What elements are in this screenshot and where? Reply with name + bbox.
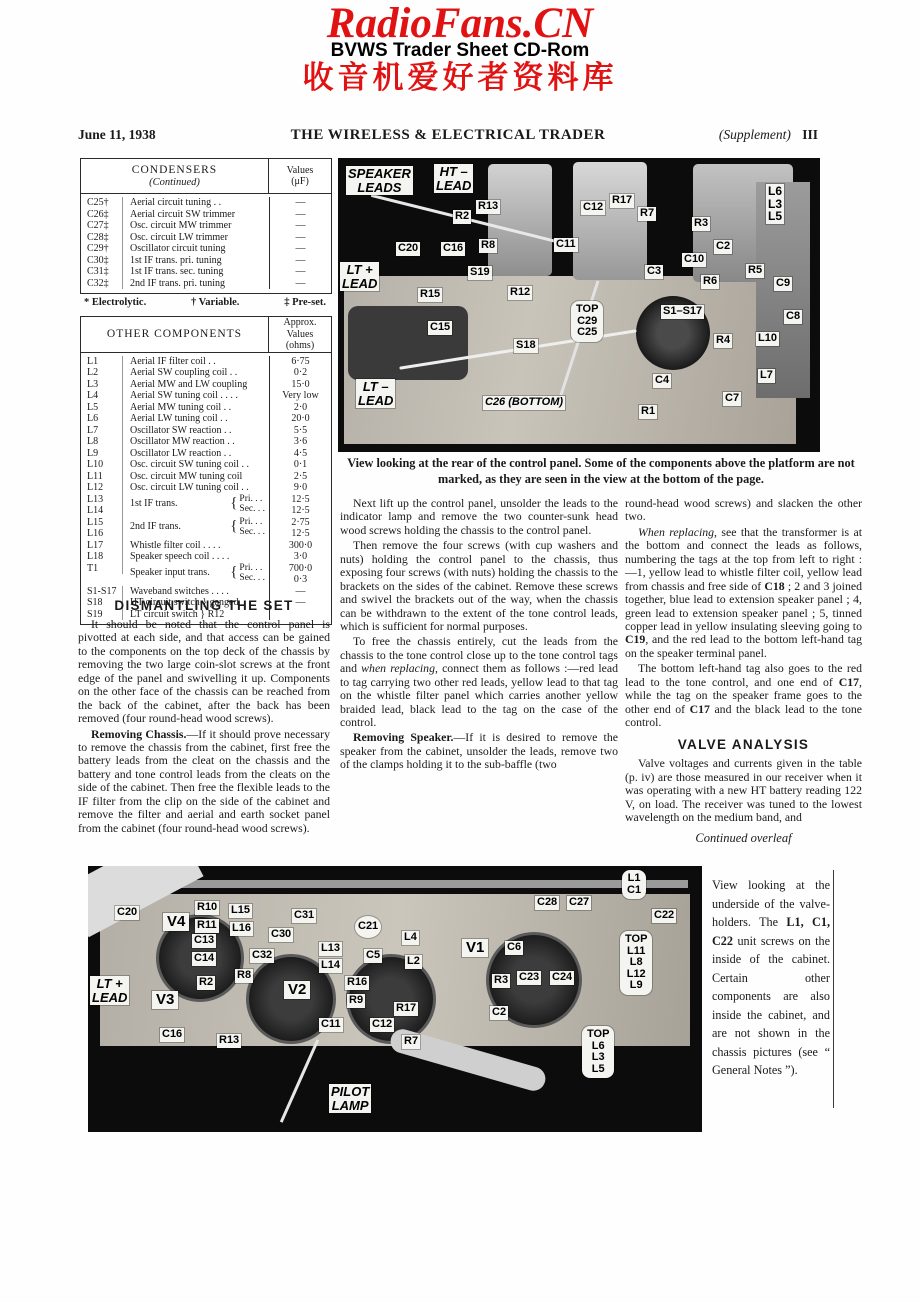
page-number-block: (Supplement) III — [668, 127, 818, 143]
condensers-table-body: C25†Aerial circuit tuning . .—C26‡Aerial… — [81, 194, 331, 293]
row-ref: L13 L14 — [81, 494, 123, 517]
photo-label-r5: R5 — [746, 264, 764, 278]
condensers-table: CONDENSERS (Continued) Values (μF) C25†A… — [80, 158, 332, 294]
watermark: RadioFans.CN BVWS Trader Sheet CD-Rom 收音… — [0, 2, 920, 95]
photo-label-r8: R8 — [479, 239, 497, 253]
watermark-subtitle: BVWS Trader Sheet CD-Rom — [0, 41, 920, 60]
paragraph: Then remove the four screws (with cup wa… — [340, 539, 618, 633]
photo-label-c20: C20 — [396, 242, 420, 256]
row-description: Osc. circuit LW tuning coil . . — [123, 482, 269, 494]
row-value: 20·0 — [269, 413, 331, 425]
row-description: Oscillator circuit tuning — [123, 243, 269, 255]
row-description: Aerial circuit SW trimmer — [123, 209, 269, 221]
row-value: 4·5 — [269, 448, 331, 460]
photo-label-r17: R17 — [610, 194, 634, 208]
photo-label-top-l6-l3-l5: TOP L6 L3 L5 — [582, 1026, 614, 1078]
photo-label-r16: R16 — [345, 976, 369, 990]
photo-label-c30: C30 — [269, 928, 293, 942]
paragraph: Removing Chassis.—If it should prove nec… — [78, 728, 330, 836]
photo-label-c27: C27 — [567, 896, 591, 910]
table-row: L6Aerial LW tuning coil . .20·0 — [81, 413, 331, 425]
column-left: DISMANTLING THE SET It should be noted t… — [78, 598, 330, 837]
components-table: OTHER COMPONENTS Approx. Values (ohms) L… — [80, 316, 332, 625]
components-values-header: Approx. Values (ohms) — [268, 317, 331, 352]
photo-label-r6: R6 — [701, 275, 719, 289]
table-row: L12Osc. circuit LW tuning coil . .9·0 — [81, 482, 331, 494]
photo-label-r10: R10 — [195, 901, 219, 915]
watermark-chinese: 收音机爱好者资料库 — [0, 62, 920, 95]
photo-label-r1: R1 — [639, 405, 657, 419]
row-value: 700·0 0·3 — [269, 563, 331, 586]
photo-artifact — [348, 306, 468, 380]
photo-label-l13: L13 — [319, 942, 342, 956]
photo-label-c22: C22 — [652, 909, 676, 923]
row-ref: L10 — [81, 459, 123, 471]
paragraph: Next lift up the control panel, unsolder… — [340, 497, 618, 537]
table-row: L10Osc. circuit SW tuning coil . .0·1 — [81, 459, 331, 471]
table-row: C30‡1st IF trans. pri. tuning— — [81, 255, 331, 267]
row-description: Osc. circuit SW tuning coil . . — [123, 459, 269, 471]
table-row: C31‡1st IF trans. sec. tuning— — [81, 266, 331, 278]
row-ref: L18 — [81, 551, 123, 563]
row-ref: L6 — [81, 413, 123, 425]
row-description: Aerial MW and LW coupling — [123, 379, 269, 391]
photo-label-c7: C7 — [723, 392, 741, 406]
condensers-table-subtitle: (Continued) — [83, 177, 266, 189]
row-ref: L9 — [81, 448, 123, 460]
photo-label-r3: R3 — [492, 974, 510, 988]
condensers-table-title: CONDENSERS — [83, 164, 266, 177]
row-ref: L17 — [81, 540, 123, 552]
table-row: L17Whistle filter coil . . . .300·0 — [81, 540, 331, 552]
photo-label-l2: L2 — [405, 955, 422, 969]
photo-label-l7: L7 — [758, 369, 775, 383]
photo-label-v4: V4 — [163, 913, 189, 931]
row-ref: C27‡ — [81, 220, 123, 232]
row-ref: L7 — [81, 425, 123, 437]
row-description: Osc. circuit LW trimmer — [123, 232, 269, 244]
row-value: 2·0 — [269, 402, 331, 414]
row-description: Oscillator SW reaction . . — [123, 425, 269, 437]
table-row: C29†Oscillator circuit tuning— — [81, 243, 331, 255]
components-table-title: OTHER COMPONENTS — [83, 322, 266, 347]
photo-label-r15: R15 — [418, 288, 442, 302]
row-description: Speaker speech coil . . . . — [123, 551, 269, 563]
photo-label-s1-s17: S1–S17 — [661, 305, 704, 319]
table-row: C25†Aerial circuit tuning . .— — [81, 197, 331, 209]
row-ref: L5 — [81, 402, 123, 414]
row-description: 1st IF trans. pri. tuning — [123, 255, 269, 267]
row-ref: L3 — [81, 379, 123, 391]
row-ref: C29† — [81, 243, 123, 255]
photo-label-r13: R13 — [217, 1034, 241, 1048]
photo-label-s19: S19 — [468, 266, 492, 280]
issue-date: June 11, 1938 — [78, 127, 228, 143]
row-description: Speaker input trans.{Pri. . . Sec. . . — [123, 563, 269, 584]
photo-label-c23: C23 — [517, 971, 541, 985]
photo-artifact — [573, 162, 647, 280]
photo-label-c28: C28 — [535, 896, 559, 910]
table-row: L1Aerial IF filter coil . .6·75 — [81, 356, 331, 368]
photo-label-c4: C4 — [653, 374, 671, 388]
row-value: — — [269, 243, 331, 255]
photo-label-s18: S18 — [514, 339, 538, 353]
row-value: — — [269, 220, 331, 232]
continued-note: Continued overleaf — [625, 831, 862, 846]
photo-label-c31: C31 — [292, 909, 316, 923]
row-ref: C32‡ — [81, 278, 123, 290]
row-ref: L4 — [81, 390, 123, 402]
photo-label-l15: L15 — [229, 904, 252, 918]
photo-label-pilot-lamp: PILOT LAMP — [329, 1084, 371, 1113]
page-header: June 11, 1938 THE WIRELESS & ELECTRICAL … — [78, 127, 818, 144]
photo-label-l1-c1: L1 C1 — [622, 870, 646, 899]
row-description: Aerial circuit tuning . . — [123, 197, 269, 209]
row-description: Osc. circuit MW tuning coil — [123, 471, 269, 483]
table-row: L3Aerial MW and LW coupling15·0 — [81, 379, 331, 391]
footnote-preset: ‡ Pre-set. — [284, 297, 326, 308]
photo-artifact — [280, 1039, 319, 1122]
photo-label-r9: R9 — [347, 994, 365, 1008]
row-ref: S1-S17 — [81, 586, 123, 598]
row-ref: L12 — [81, 482, 123, 494]
photo-label-l14: L14 — [319, 959, 342, 973]
row-value: 9·0 — [269, 482, 331, 494]
row-value: Very low — [269, 390, 331, 402]
row-description: Aerial SW coupling coil . . — [123, 367, 269, 379]
photo-label-r4: R4 — [714, 334, 732, 348]
row-value: — — [269, 209, 331, 221]
photo-label-ht-lead: HT – LEAD — [434, 164, 473, 193]
row-value: 0·2 — [269, 367, 331, 379]
table-row: L5Aerial MW tuning coil . .2·0 — [81, 402, 331, 414]
photo-label-c11: C11 — [554, 238, 578, 252]
watermark-title: RadioFans.CN — [0, 2, 920, 45]
row-value: — — [269, 255, 331, 267]
table-row: L11Osc. circuit MW tuning coil2·5 — [81, 471, 331, 483]
row-value: — — [269, 232, 331, 244]
table-row: L8Oscillator MW reaction . .3·6 — [81, 436, 331, 448]
photo-label-c14: C14 — [192, 952, 216, 966]
row-ref: L11 — [81, 471, 123, 483]
row-description: Whistle filter coil . . . . — [123, 540, 269, 552]
photo-label-v2: V2 — [284, 981, 310, 999]
photo-label-c12: C12 — [370, 1018, 394, 1032]
photo-label-c15: C15 — [428, 321, 452, 335]
row-value: 300·0 — [269, 540, 331, 552]
photo-label-r17: R17 — [394, 1002, 418, 1016]
paragraph: Removing Speaker.—If it is desired to re… — [340, 731, 618, 771]
row-value: 6·75 — [269, 356, 331, 368]
photo-artifact — [128, 880, 688, 888]
table-row: C26‡Aerial circuit SW trimmer— — [81, 209, 331, 221]
photo-control-panel-rear: SPEAKER LEADSHT – LEADR2R13C12R17R7L6 L3… — [338, 158, 820, 452]
photo-label-c11: C11 — [319, 1018, 343, 1032]
row-ref: C28‡ — [81, 232, 123, 244]
photo-label-c8: C8 — [784, 310, 802, 324]
row-ref: L2 — [81, 367, 123, 379]
photo-label-r7: R7 — [638, 207, 656, 221]
condensers-values-header: Values (μF) — [268, 159, 331, 193]
table-row: L9Oscillator LW reaction . .4·5 — [81, 448, 331, 460]
photo-caption-bottom: View looking at the underside of the val… — [712, 876, 830, 1080]
photo-label-lt-lead: LT + LEAD — [90, 976, 129, 1005]
row-ref: T1 — [81, 563, 123, 575]
table-row: L2Aerial SW coupling coil . .0·2 — [81, 367, 331, 379]
paragraph: Valve voltages and currents given in the… — [625, 757, 862, 824]
section-heading-dismantling: DISMANTLING THE SET — [78, 598, 330, 613]
photo-label-l16: L16 — [230, 922, 253, 936]
components-table-header: OTHER COMPONENTS Approx. Values (ohms) — [81, 317, 331, 353]
row-ref: L15 L16 — [81, 517, 123, 540]
photo-label-c32: C32 — [250, 949, 274, 963]
row-value: — — [269, 278, 331, 290]
photo-label-c2: C2 — [490, 1006, 508, 1020]
row-description: 2nd IF trans. pri. tuning — [123, 278, 269, 290]
row-value: 0·1 — [269, 459, 331, 471]
photo-label-r8: R8 — [235, 969, 253, 983]
footnote-electrolytic: * Electrolytic. — [84, 297, 146, 308]
table-row: T1Speaker input trans.{Pri. . . Sec. . .… — [81, 563, 331, 586]
photo-valveholders-underside: C20V4R10R11L15L16C13C14C31C30L13L14C21C5… — [88, 866, 702, 1132]
photo-label-c16: C16 — [160, 1028, 184, 1042]
photo-label-speaker-leads: SPEAKER LEADS — [346, 166, 413, 195]
row-value: 15·0 — [269, 379, 331, 391]
row-description: Aerial MW tuning coil . . — [123, 402, 269, 414]
publication-title: THE WIRELESS & ELECTRICAL TRADER — [228, 127, 668, 144]
column-rule — [833, 870, 834, 1108]
photo-label-r12: R12 — [508, 286, 532, 300]
row-description: 1st IF trans. sec. tuning — [123, 266, 269, 278]
row-description: Osc. circuit MW trimmer — [123, 220, 269, 232]
row-value: 12·5 12·5 — [269, 494, 331, 517]
photo-label-c10: C10 — [682, 253, 706, 267]
paragraph: To free the chassis entirely, cut the le… — [340, 635, 618, 729]
photo-label-l6-l3-l5: L6 L3 L5 — [766, 184, 784, 224]
photo-label-l4: L4 — [402, 931, 419, 945]
row-ref: L1 — [81, 356, 123, 368]
photo-label-c21: C21 — [355, 916, 381, 938]
row-description: Oscillator LW reaction . . — [123, 448, 269, 460]
photo-caption-top: View looking at the rear of the control … — [337, 456, 865, 488]
magazine-page: { "watermark": { "title": "RadioFans.CN"… — [0, 0, 920, 1302]
paragraph: When replacing, see that the transformer… — [625, 526, 862, 660]
photo-label-r11: R11 — [195, 919, 219, 933]
photo-label-lt-lead: LT – LEAD — [356, 379, 395, 408]
photo-label-c13: C13 — [192, 934, 216, 948]
row-value: — — [269, 197, 331, 209]
row-value: 2·75 12·5 — [269, 517, 331, 540]
photo-label-c16: C16 — [441, 242, 465, 256]
photo-label-lt-lead: LT + LEAD — [340, 262, 379, 291]
table-row: L13 L141st IF trans.{Pri. . . Sec. . .12… — [81, 494, 331, 517]
column-right: round-head wood screws) and slacken the … — [625, 497, 862, 846]
table-row: L7Oscillator SW reaction . .5·5 — [81, 425, 331, 437]
row-value: — — [269, 266, 331, 278]
row-value: 2·5 — [269, 471, 331, 483]
photo-label-c2: C2 — [714, 240, 732, 254]
photo-artifact — [488, 164, 552, 276]
row-description: Aerial SW tuning coil . . . . — [123, 390, 269, 402]
photo-label-r3: R3 — [692, 217, 710, 231]
photo-label-r2: R2 — [453, 210, 471, 224]
row-description: Waveband switches . . . . — [123, 586, 269, 598]
row-ref: C25† — [81, 197, 123, 209]
paragraph: round-head wood screws) and slacken the … — [625, 497, 862, 524]
photo-label-top-c29-c25: TOP C29 C25 — [571, 301, 603, 342]
table-row: C27‡Osc. circuit MW trimmer— — [81, 220, 331, 232]
row-value: — — [269, 586, 331, 598]
table-row: C32‡2nd IF trans. pri. tuning— — [81, 278, 331, 290]
supplement-label: (Supplement) — [719, 127, 791, 142]
photo-label-c20: C20 — [115, 906, 139, 920]
row-description: Aerial IF filter coil . . — [123, 356, 269, 368]
photo-label-c9: C9 — [774, 277, 792, 291]
photo-label-c6: C6 — [505, 941, 523, 955]
photo-label-r13: R13 — [476, 200, 500, 214]
row-description: 2nd IF trans.{Pri. . . Sec. . . — [123, 517, 269, 538]
photo-label-r2: R2 — [197, 976, 215, 990]
photo-label-c12: C12 — [581, 201, 605, 215]
photo-label-c5: C5 — [364, 949, 382, 963]
components-table-body: L1Aerial IF filter coil . .6·75L2Aerial … — [81, 353, 331, 625]
row-value: 3·0 — [269, 551, 331, 563]
row-value: 3·6 — [269, 436, 331, 448]
row-ref: C31‡ — [81, 266, 123, 278]
column-middle: Next lift up the control panel, unsolder… — [340, 497, 618, 774]
row-description: Aerial LW tuning coil . . — [123, 413, 269, 425]
paragraph: The bottom left-hand tag also goes to th… — [625, 662, 862, 729]
photo-label-c24: C24 — [550, 971, 574, 985]
row-description: 1st IF trans.{Pri. . . Sec. . . — [123, 494, 269, 515]
table-row: S1-S17Waveband switches . . . .— — [81, 586, 331, 598]
footnote-variable: † Variable. — [191, 297, 239, 308]
table-row: L15 L162nd IF trans.{Pri. . . Sec. . .2·… — [81, 517, 331, 540]
condensers-table-header: CONDENSERS (Continued) Values (μF) — [81, 159, 331, 194]
photo-label-c3: C3 — [645, 265, 663, 279]
photo-label-v1: V1 — [462, 939, 488, 957]
row-ref: C30‡ — [81, 255, 123, 267]
photo-label-c26-bottom: C26 (BOTTOM) — [483, 396, 565, 410]
section-heading-valve-analysis: VALVE ANALYSIS — [625, 737, 862, 752]
row-ref: L8 — [81, 436, 123, 448]
table-footnote: * Electrolytic. † Variable. ‡ Pre-set. — [84, 297, 326, 308]
photo-label-v3: V3 — [152, 991, 178, 1009]
page-number: III — [802, 127, 818, 142]
row-description: Oscillator MW reaction . . — [123, 436, 269, 448]
table-row: L4Aerial SW tuning coil . . . .Very low — [81, 390, 331, 402]
row-value: 5·5 — [269, 425, 331, 437]
photo-label-r7: R7 — [402, 1035, 420, 1049]
table-row: C28‡Osc. circuit LW trimmer— — [81, 232, 331, 244]
photo-label-top-l11-l8-l12-l9: TOP L11 L8 L12 L9 — [620, 931, 652, 995]
paragraph: It should be noted that the control pane… — [78, 618, 330, 726]
photo-label-l10: L10 — [756, 332, 779, 346]
table-row: L18Speaker speech coil . . . .3·0 — [81, 551, 331, 563]
row-ref: C26‡ — [81, 209, 123, 221]
